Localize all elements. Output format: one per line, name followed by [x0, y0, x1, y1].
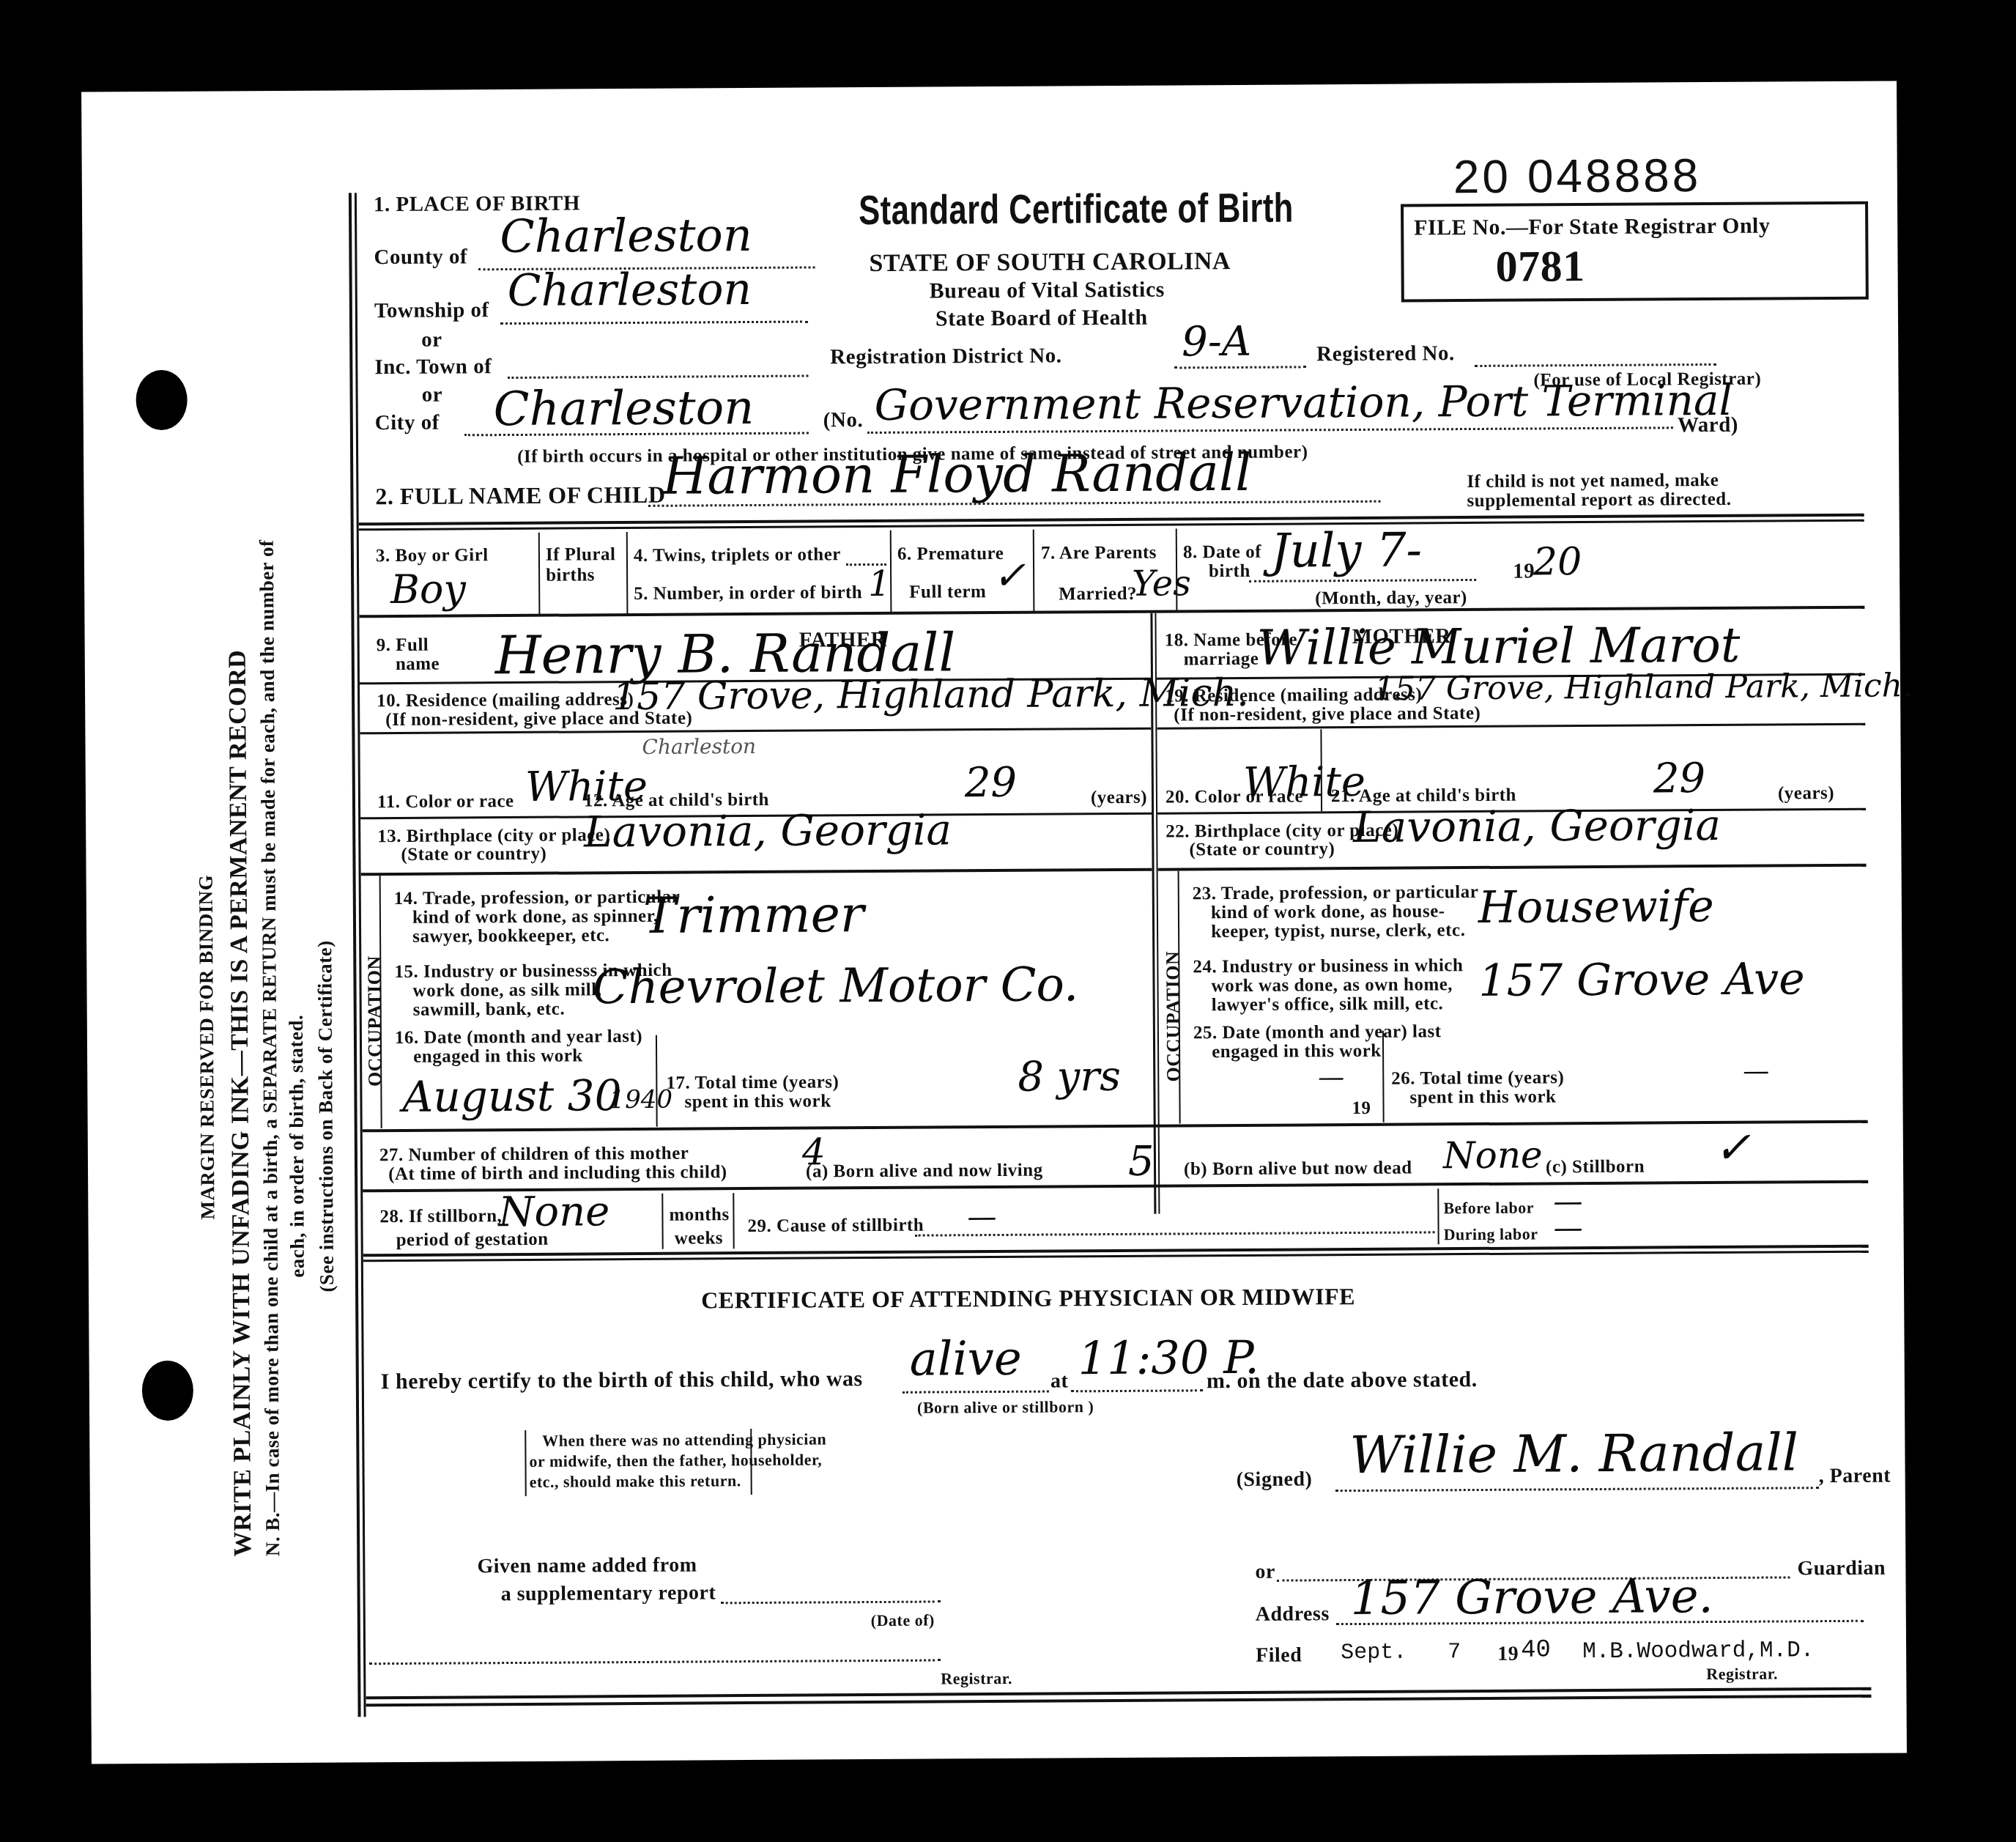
- father-residence-annotation: Charleston: [642, 734, 756, 759]
- registrar-right-label: Registrar.: [1706, 1664, 1778, 1684]
- stillborn-gestation-label-1: 28. If stillborn,: [379, 1206, 502, 1227]
- father-total-label-1: 17. Total time (years): [666, 1072, 839, 1093]
- father-birthplace-value[interactable]: Lavonia, Georgia: [584, 805, 952, 857]
- street-value[interactable]: Government Reservation, Port Terminal: [874, 375, 1732, 430]
- child-name-label: 2. FULL NAME OF CHILD: [375, 481, 665, 510]
- father-name-label-1: 9. Full: [377, 635, 429, 656]
- or-text-1: or: [421, 328, 442, 352]
- signature-field-line: [1335, 1487, 1819, 1492]
- date-of-birth-format-note: (Month, day, year): [1315, 588, 1467, 609]
- filed-year-prefix: 19: [1497, 1643, 1519, 1666]
- father-total-label-2: spent in this work: [684, 1091, 831, 1112]
- margin-nb-note-2: each, in order of birth, stated.: [285, 1015, 309, 1278]
- mother-trade-value[interactable]: Housewife: [1478, 881, 1714, 933]
- father-age-unit: (years): [1091, 788, 1147, 808]
- inc-town-field-line: [508, 375, 808, 380]
- cause-of-stillbirth-value[interactable]: —: [967, 1200, 996, 1234]
- certify-statement: I hereby certify to the birth of this ch…: [381, 1366, 863, 1394]
- alive-value[interactable]: alive: [909, 1332, 1022, 1387]
- parents-married-label-2: Married?: [1059, 584, 1137, 605]
- stillborn-label: (c) Stillborn: [1546, 1157, 1645, 1178]
- margin-instructions: (See instructions on Back of Certificate…: [314, 940, 338, 1292]
- serial-number: 20 048888: [1453, 148, 1702, 204]
- father-industry-value[interactable]: Chevrolet Motor Co.: [592, 958, 1078, 1015]
- plural-births-label: If Plural births: [546, 544, 619, 586]
- given-name-label-1: Given name added from: [477, 1553, 697, 1578]
- inc-town-label: Inc. Town of: [374, 355, 492, 380]
- weeks-label: weeks: [675, 1228, 724, 1249]
- at-label: at: [1050, 1369, 1069, 1393]
- mother-date-label-1: 25. Date (month and year) last: [1193, 1021, 1442, 1043]
- divider: [656, 1035, 658, 1127]
- children-count-label-2: (At time of birth and including this chi…: [388, 1162, 727, 1185]
- registrar-name[interactable]: M.B.Woodward,M.D.: [1582, 1638, 1814, 1665]
- child-name-value[interactable]: Harmon Floyd Randall: [662, 443, 1252, 506]
- no-physician-note-2: or midwife, then the father, householder…: [529, 1450, 822, 1471]
- divider: [363, 1120, 1868, 1133]
- sex-label: 3. Boy or Girl: [376, 545, 489, 566]
- divider: [1437, 1188, 1439, 1244]
- mother-age-unit: (years): [1778, 783, 1834, 804]
- father-total-value[interactable]: 8 yrs: [1018, 1053, 1121, 1101]
- mother-date-value[interactable]: —: [1318, 1062, 1344, 1092]
- date-of-birth-label-1: 8. Date of: [1183, 542, 1261, 563]
- father-industry-label-3: sawmill, bank, etc.: [413, 999, 566, 1021]
- parents-married-value[interactable]: Yes: [1132, 563, 1191, 604]
- father-trade-label-3: sawyer, bookkeeper, etc.: [412, 925, 609, 947]
- divider: [538, 533, 541, 615]
- date-of-birth-year[interactable]: 20: [1533, 540, 1582, 584]
- sex-value[interactable]: Boy: [390, 566, 466, 613]
- father-age-value[interactable]: 29: [965, 759, 1018, 807]
- filed-day[interactable]: 7: [1448, 1640, 1461, 1665]
- district-field-line: [1174, 366, 1306, 369]
- mother-residence-value[interactable]: 157 Grove, Highland Park, Mich.: [1374, 667, 1913, 707]
- divider: [359, 606, 1864, 618]
- divider: [361, 868, 1152, 876]
- bureau-name: Bureau of Vital Satistics: [930, 278, 1165, 304]
- mother-birthplace-label-2: (State or country): [1189, 839, 1335, 860]
- divider: [1033, 530, 1035, 612]
- mother-industry-value[interactable]: 157 Grove Ave: [1478, 953, 1805, 1007]
- address-label: Address: [1256, 1602, 1330, 1627]
- county-value[interactable]: Charleston: [500, 208, 752, 263]
- born-alive-living-value[interactable]: 5: [1128, 1138, 1155, 1186]
- city-value[interactable]: Charleston: [493, 381, 754, 437]
- divider: [1320, 729, 1322, 811]
- registered-number-field-line: [1475, 363, 1716, 367]
- date-of-birth-label-2: birth: [1209, 561, 1250, 582]
- father-date-label-1: 16. Date (month and year last): [395, 1027, 642, 1048]
- during-labor-value[interactable]: —: [1553, 1211, 1582, 1245]
- given-name-label-2: a supplementary report: [500, 1581, 716, 1606]
- signature-value[interactable]: Willie M. Randall: [1349, 1422, 1798, 1485]
- file-number-label: FILE No.—For State Registrar Only: [1414, 214, 1770, 241]
- district-value[interactable]: 9-A: [1182, 318, 1251, 366]
- father-name-label-2: name: [396, 654, 440, 675]
- guardian-label: Guardian: [1797, 1557, 1886, 1581]
- father-occupation-side-label: OCCUPATION: [363, 955, 386, 1087]
- date-of-birth-value[interactable]: July 7-: [1271, 523, 1423, 578]
- full-term-value[interactable]: ✓: [993, 552, 1026, 599]
- father-birthplace-label-2: (State or country): [401, 844, 546, 865]
- date-of-birth-field-line: [1249, 579, 1476, 582]
- certificate-heading: CERTIFICATE OF ATTENDING PHYSICIAN OR MI…: [701, 1283, 1355, 1314]
- full-term-label: Full term: [909, 582, 986, 603]
- parents-married-label-1: 7. Are Parents: [1041, 543, 1157, 564]
- father-date-value[interactable]: August 30: [402, 1070, 621, 1122]
- margin-nb-note: N. B.—In case of more than one child at …: [256, 539, 284, 1556]
- signed-label: (Signed): [1237, 1468, 1313, 1492]
- mother-birthplace-value[interactable]: Lavonia, Georgia: [1353, 800, 1721, 852]
- binding-hole-top: [136, 370, 187, 430]
- or-text-2: or: [421, 383, 442, 407]
- no-physician-note-1: When there was no attending physician: [542, 1429, 826, 1450]
- twins-label: 4. Twins, triplets or other: [634, 544, 841, 566]
- father-race-label: 11. Color or race: [377, 791, 514, 813]
- mother-age-value[interactable]: 29: [1653, 755, 1706, 802]
- divider: [1158, 864, 1867, 871]
- margin-binding-note: MARGIN RESERVED FOR BINDING: [195, 875, 220, 1220]
- divider: [1382, 1031, 1385, 1122]
- mother-total-label-2: spent in this work: [1409, 1087, 1556, 1108]
- margin-write-plainly: WRITE PLAINLY WITH UNFADING INK—THIS IS …: [224, 650, 258, 1557]
- father-trade-value[interactable]: Trimmer: [643, 886, 864, 945]
- address-value[interactable]: 157 Grove Ave.: [1350, 1569, 1713, 1626]
- father-date-label-2: engaged in this work: [413, 1046, 583, 1067]
- county-label: County of: [374, 245, 467, 270]
- mother-occupation-side-label: OCCUPATION: [1162, 951, 1185, 1082]
- divider: [626, 532, 629, 614]
- mother-date-year: 19: [1352, 1098, 1371, 1119]
- filed-label: Filed: [1256, 1643, 1302, 1667]
- divider: [890, 530, 892, 613]
- board-name: State Board of Health: [935, 306, 1148, 332]
- certificate-title: Standard Certificate of Birth: [859, 183, 1294, 234]
- date-of-birth-year-prefix: 19: [1513, 559, 1535, 583]
- township-field-line: [500, 321, 808, 325]
- binding-hole-bottom: [142, 1361, 193, 1421]
- mother-name-value[interactable]: Willie Muriel Marot: [1256, 617, 1740, 676]
- during-labor-label: During labor: [1444, 1224, 1538, 1244]
- filed-month[interactable]: Sept.: [1341, 1641, 1407, 1666]
- alive-field-line: [903, 1391, 1049, 1394]
- born-alive-living-label: (a) Born alive and now living: [806, 1161, 1043, 1183]
- months-label: months: [669, 1205, 729, 1226]
- state-name: STATE OF SOUTH CAROLINA: [869, 248, 1231, 278]
- date-of-label: (Date of): [871, 1611, 935, 1631]
- time-field-line: [1071, 1389, 1203, 1392]
- divider: [733, 1193, 734, 1249]
- mother-total-value[interactable]: —: [1743, 1057, 1769, 1087]
- supplementary-field-line: [721, 1600, 941, 1604]
- parent-label: , Parent: [1819, 1465, 1891, 1489]
- mother-date-label-2: engaged in this work: [1212, 1041, 1382, 1062]
- ward-label: Ward): [1678, 413, 1738, 438]
- premature-label: 6. Premature: [897, 544, 1004, 565]
- registered-number-label: Registered No.: [1316, 341, 1455, 366]
- father-trade-label-2: kind of work done, as spinner,: [412, 906, 659, 928]
- mother-industry-label-3: lawyer's office, silk mill, etc.: [1212, 994, 1444, 1016]
- district-label: Registration District No.: [830, 344, 1061, 369]
- birth-order-value[interactable]: 1: [868, 563, 891, 604]
- divider: [1176, 528, 1178, 610]
- cause-of-stillbirth-label: 29. Cause of stillbirth: [747, 1216, 924, 1237]
- township-label: Township of: [374, 298, 489, 323]
- mother-name-label-2: marriage: [1184, 649, 1259, 670]
- file-number-box: FILE No.—For State Registrar Only 0781: [1401, 201, 1869, 303]
- registrar-left-label: Registrar.: [941, 1669, 1012, 1689]
- no-physician-note-box: When there was no attending physician or…: [525, 1429, 752, 1496]
- before-labor-label: Before labor: [1443, 1199, 1534, 1218]
- mother-trade-label-3: keeper, typist, nurse, clerk, etc.: [1211, 920, 1465, 942]
- left-registrar-line: [369, 1659, 941, 1665]
- father-date-year[interactable]: 1940: [609, 1085, 672, 1115]
- mother-total-label-1: 26. Total time (years): [1391, 1068, 1564, 1089]
- birth-certificate-page: MARGIN RESERVED FOR BINDING WRITE PLAINL…: [81, 81, 1907, 1764]
- no-physician-note-3: etc., should make this return.: [530, 1471, 741, 1492]
- born-alive-note: (Born alive or stillborn ): [917, 1397, 1094, 1417]
- birth-order-label: 5. Number, in order of birth: [634, 582, 862, 604]
- father-industry-label-2: work done, as silk mill,: [412, 980, 601, 1002]
- father-residence-value[interactable]: 157 Grove, Highland Park, Mich.: [612, 671, 1249, 719]
- born-alive-dead-value[interactable]: None: [1443, 1133, 1543, 1177]
- stillborn-gestation-value[interactable]: None: [498, 1188, 609, 1236]
- child-name-note-2: supplemental report as directed.: [1467, 489, 1731, 511]
- stillborn-value[interactable]: ✓: [1714, 1122, 1752, 1174]
- street-no-label: (No.: [823, 408, 864, 432]
- or-guardian-prefix: or: [1255, 1561, 1275, 1584]
- township-value[interactable]: Charleston: [508, 264, 752, 317]
- file-number-value: 0781: [1495, 241, 1585, 292]
- divider: [661, 1194, 663, 1249]
- filed-year[interactable]: 40: [1521, 1636, 1551, 1664]
- city-label: City of: [375, 411, 440, 436]
- m-date-label: m. on the date above stated.: [1207, 1367, 1478, 1394]
- born-alive-dead-label: (b) Born alive but now dead: [1184, 1158, 1412, 1180]
